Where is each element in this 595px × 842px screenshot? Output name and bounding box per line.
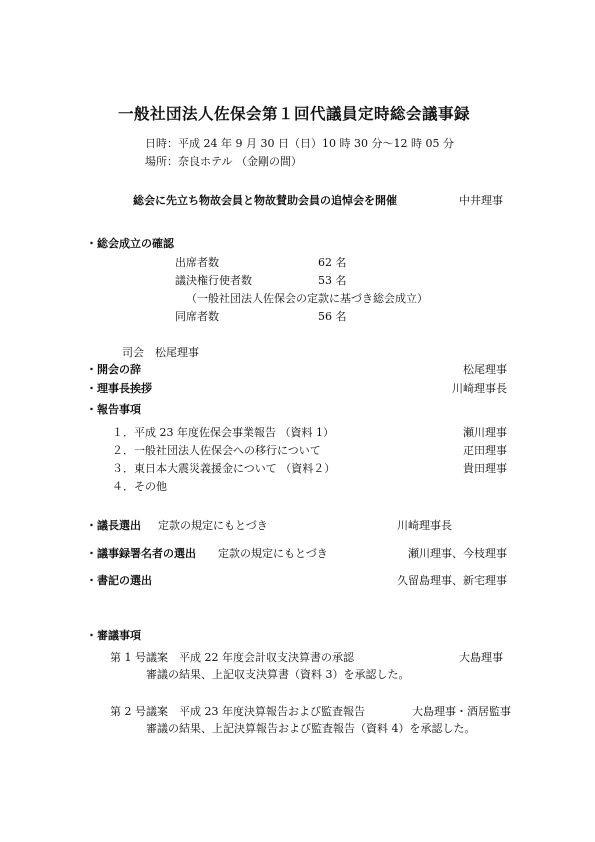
election-label: ・書記の選出 bbox=[86, 574, 152, 588]
attendees-value: 62 名 bbox=[318, 256, 347, 270]
report-item: ４．その他 bbox=[112, 480, 167, 494]
election-person: 川崎理事長 bbox=[397, 519, 452, 533]
item-label: ・開会の辞 bbox=[86, 363, 141, 377]
item-person: 川崎理事長 bbox=[452, 382, 507, 396]
election-note: 定款の規定にもとづき bbox=[218, 547, 328, 561]
quorum-heading: ・総会成立の確認 bbox=[86, 237, 174, 251]
report-person: 瀬川理事 bbox=[463, 426, 507, 440]
chair-line: 司会 松尾理事 bbox=[122, 346, 199, 360]
reports-heading: ・報告事項 bbox=[86, 403, 141, 417]
voters-value: 53 名 bbox=[318, 274, 347, 288]
report-item: ３．東日本大震災義援金について （資料２） bbox=[112, 462, 335, 476]
item-label: ・理事長挨拶 bbox=[86, 382, 152, 396]
motion-person: 大島理事・酒居監事 bbox=[412, 705, 511, 719]
voters-label: 議決権行使者数 bbox=[175, 274, 252, 288]
election-person: 瀬川理事、今枝理事 bbox=[408, 547, 507, 561]
meeting-place: 場所：奈良ホテル （金剛の間） bbox=[145, 155, 302, 169]
report-item: １．平成 23 年度佐保会事業報告 （資料 1） bbox=[112, 426, 334, 440]
motion-title: 第 1 号議案 平成 22 年度会計収支決算書の承認 bbox=[110, 651, 354, 665]
observers-label: 同席者数 bbox=[175, 310, 219, 324]
meeting-datetime: 日時：平成 24 年 9 月 30 日（日）10 時 30 分〜12 時 05 … bbox=[145, 137, 454, 151]
memorial-text: 総会に先立ち物故会員と物故賛助会員の追悼会を開催 bbox=[133, 194, 397, 208]
memorial-person: 中井理事 bbox=[459, 194, 503, 208]
document-title: 一般社団法人佐保会第１回代議員定時総会議事録 bbox=[118, 104, 470, 124]
motion-result: 審議の結果、上記決算報告および監査報告（資料 4）を承認した。 bbox=[146, 722, 476, 736]
election-label: ・議事録署名者の選出 bbox=[86, 547, 196, 561]
observers-value: 56 名 bbox=[318, 310, 347, 324]
item-person: 松尾理事 bbox=[463, 363, 507, 377]
deliberation-heading: ・審議事項 bbox=[86, 629, 141, 643]
motion-result: 審議の結果、上記収支決算書（資料 3）を承認した。 bbox=[146, 668, 410, 682]
report-item: ２．一般社団法人佐保会への移行について bbox=[112, 444, 321, 458]
motion-person: 大島理事 bbox=[459, 651, 503, 665]
report-person: 貴田理事 bbox=[463, 462, 507, 476]
report-person: 疋田理事 bbox=[463, 444, 507, 458]
election-person: 久留島理事、新宅理事 bbox=[397, 574, 507, 588]
election-label: ・議長選出 bbox=[86, 519, 141, 533]
election-note: 定款の規定にもとづき bbox=[158, 519, 268, 533]
attendees-label: 出席者数 bbox=[175, 256, 219, 270]
motion-title: 第 2 号議案 平成 23 年度決算報告および監査報告 bbox=[110, 705, 365, 719]
quorum-note: （一般社団法人佐保会の定款に基づき総会成立） bbox=[186, 292, 428, 306]
